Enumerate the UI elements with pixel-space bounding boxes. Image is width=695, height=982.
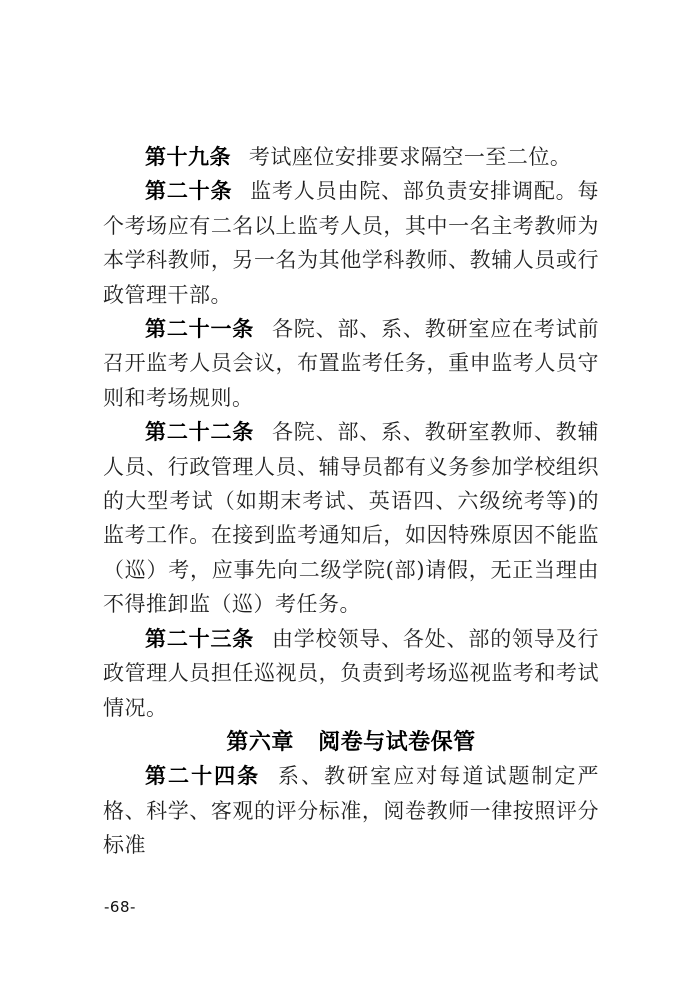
article-text: 各院、部、系、教研室教师、教辅人员、行政管理人员、辅导员都有义务参加学校组织的大…: [103, 420, 599, 616]
article-number: 第十九条: [145, 144, 231, 169]
article-paragraph: 第二十条监考人员由院、部负责安排调配。每个考场应有二名以上监考人员，其中一名主考…: [103, 174, 599, 312]
article-text: 考试座位安排要求隔空一至二位。: [249, 145, 572, 169]
article-paragraph: 第二十四条系、教研室应对每道试题制定严格、科学、客观的评分标准，阅卷教师一律按照…: [103, 759, 599, 862]
article-paragraph: 第二十二条各院、部、系、教研室教师、教辅人员、行政管理人员、辅导员都有义务参加学…: [103, 415, 599, 621]
article-number: 第二十四条: [145, 763, 260, 788]
chapter-number: 第六章: [226, 729, 294, 755]
page-number: -68-: [104, 898, 136, 916]
article-paragraph: 第二十三条由学校领导、各处、部的领导及行政管理人员担任巡视员，负责到考场巡视监考…: [103, 622, 599, 725]
article-number: 第二十二条: [145, 419, 254, 444]
document-body: 第十九条考试座位安排要求隔空一至二位。 第二十条监考人员由院、部负责安排调配。每…: [103, 140, 599, 863]
article-paragraph: 第二十一条各院、部、系、教研室应在考试前召开监考人员会议，布置监考任务，重申监考…: [103, 312, 599, 415]
article-number: 第二十一条: [145, 316, 254, 341]
chapter-heading: 第六章阅卷与试卷保管: [103, 725, 599, 759]
article-paragraph: 第十九条考试座位安排要求隔空一至二位。: [103, 140, 599, 174]
article-number: 第二十条: [145, 178, 232, 203]
article-number: 第二十三条: [145, 626, 254, 651]
document-page: 第十九条考试座位安排要求隔空一至二位。 第二十条监考人员由院、部负责安排调配。每…: [0, 0, 695, 982]
chapter-title: 阅卷与试卷保管: [318, 729, 476, 755]
